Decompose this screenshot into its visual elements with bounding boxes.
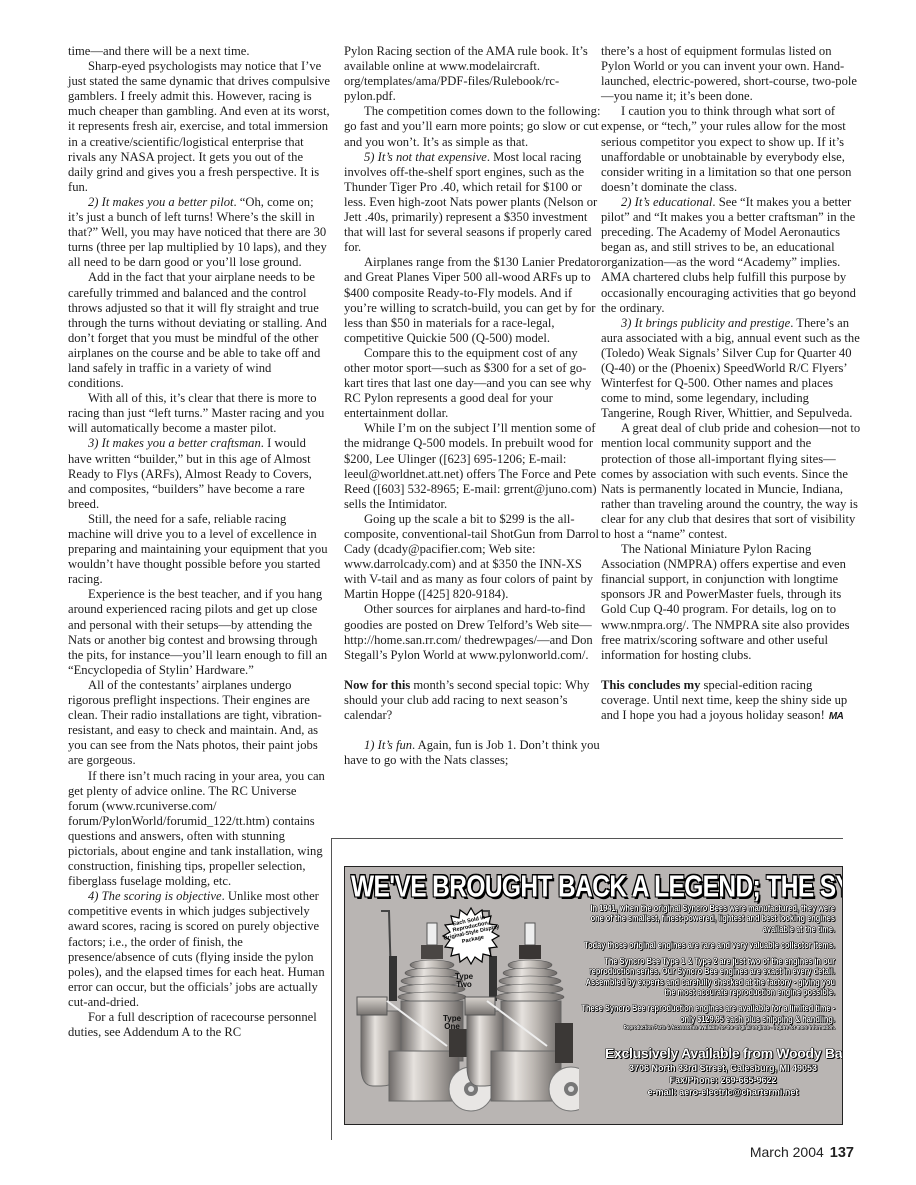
paragraph: This concludes my special-edition racing… bbox=[601, 678, 863, 724]
page-number: 137 bbox=[830, 1145, 854, 1161]
section-heading: 3) It brings publicity and prestige bbox=[621, 316, 790, 330]
paragraph: Add in the fact that your airplane needs… bbox=[68, 270, 330, 391]
ad-fine-print: Reproduction Parts & Accessories availab… bbox=[578, 1025, 835, 1032]
paragraph: 3) It makes you a better craftsman. I wo… bbox=[68, 436, 330, 511]
paragraph: Still, the need for a safe, reliable rac… bbox=[68, 512, 330, 587]
paragraph: 2) It’s educational. See “It makes you a… bbox=[601, 195, 863, 316]
paragraph: Pylon Racing section of the AMA rule boo… bbox=[344, 44, 602, 104]
run-in-heading: This concludes my bbox=[601, 678, 700, 692]
article-column-2: Pylon Racing section of the AMA rule boo… bbox=[344, 44, 602, 768]
ad-exclusive-tagline: Exclusively Available from Woody Bartelt bbox=[605, 1045, 841, 1062]
starburst-badge: Each Sold in Reproduction Original-Style… bbox=[442, 907, 500, 965]
run-in-heading: Now for this bbox=[344, 678, 410, 692]
paragraph: Experience is the best teacher, and if y… bbox=[68, 587, 330, 678]
article-column-1: time—and there will be a next time. Shar… bbox=[68, 44, 330, 1040]
section-heading: 4) The scoring is objective bbox=[88, 889, 222, 903]
section-heading: 1) It’s fun bbox=[364, 738, 412, 752]
paragraph: 4) The scoring is objective. Unlike most… bbox=[68, 889, 330, 1010]
paragraph: For a full description of racecourse per… bbox=[68, 1010, 330, 1040]
paragraph: there’s a host of equipment formulas lis… bbox=[601, 44, 863, 104]
page-footer: March 2004137 bbox=[750, 1144, 854, 1161]
paragraph: Airplanes range from the $130 Lanier Pre… bbox=[344, 255, 602, 346]
paragraph: With all of this, it’s clear that there … bbox=[68, 391, 330, 436]
paragraph: Other sources for airplanes and hard-to-… bbox=[344, 602, 602, 662]
ad-contact-block: Exclusively Available from Woody Bartelt… bbox=[605, 1045, 841, 1098]
ad-copy-paragraph: The Syncro Bee Type 1 & Type 2 are just … bbox=[578, 956, 835, 997]
ad-headline: WE'VE BROUGHT BACK A LEGEND; THE SYNCRO … bbox=[351, 870, 836, 905]
paragraph: Going up the scale a bit to $299 is the … bbox=[344, 512, 602, 603]
ad-email[interactable]: e-mail: aero-electric@chartermi.net bbox=[605, 1086, 841, 1098]
ad-copy-paragraph: Today those original engines are rare an… bbox=[578, 940, 835, 950]
ad-copy-paragraph: In 1941, when the original Syncro Bees w… bbox=[578, 903, 835, 934]
paragraph: time—and there will be a next time. bbox=[68, 44, 330, 59]
ad-phone: Fax/Phone: 269-665-9622 bbox=[605, 1074, 841, 1086]
issue-date: March 2004 bbox=[750, 1144, 824, 1160]
paragraph: 5) It’s not that expensive. Most local r… bbox=[344, 150, 602, 256]
ad-copy-paragraph: These Syncro Bee reproduction engines ar… bbox=[578, 1003, 835, 1024]
paragraph: Compare this to the equipment cost of an… bbox=[344, 346, 602, 421]
paragraph: If there isn’t much racing in your area,… bbox=[68, 769, 330, 890]
paragraph: I caution you to think through what sort… bbox=[601, 104, 863, 195]
paragraph: All of the contestants’ airplanes underg… bbox=[68, 678, 330, 769]
ad-address: 3706 North 33rd Street, Galesburg, MI 49… bbox=[605, 1062, 841, 1074]
ad-body-copy: In 1941, when the original Syncro Bees w… bbox=[578, 903, 835, 1041]
paragraph: 3) It brings publicity and prestige. The… bbox=[601, 316, 863, 422]
section-heading: 5) It’s not that expensive bbox=[364, 150, 487, 164]
article-column-3: there’s a host of equipment formulas lis… bbox=[601, 44, 863, 724]
paragraph: A great deal of club pride and cohesion—… bbox=[601, 421, 863, 542]
paragraph: The competition comes down to the follow… bbox=[344, 104, 602, 149]
paragraph: 1) It’s fun. Again, fun is Job 1. Don’t … bbox=[344, 738, 602, 768]
paragraph: While I’m on the subject I’ll mention so… bbox=[344, 421, 602, 512]
type-one-label: Type One bbox=[441, 1015, 463, 1031]
section-heading: 2) It makes you a better pilot bbox=[88, 195, 234, 209]
type-two-label: Type Two bbox=[453, 973, 475, 989]
paragraph: 2) It makes you a better pilot. “Oh, com… bbox=[68, 195, 330, 270]
section-heading: 2) It’s educational bbox=[621, 195, 712, 209]
paragraph: Sharp-eyed psychologists may notice that… bbox=[68, 59, 330, 195]
paragraph: The National Miniature Pylon Racing Asso… bbox=[601, 542, 863, 663]
section-heading: 3) It makes you a better craftsman bbox=[88, 436, 261, 450]
syncro-bee-advertisement[interactable]: WE'VE BROUGHT BACK A LEGEND; THE SYNCRO … bbox=[344, 866, 843, 1125]
paragraph: Now for this month’s second special topi… bbox=[344, 678, 602, 723]
end-of-article-mark: MA bbox=[829, 711, 844, 722]
